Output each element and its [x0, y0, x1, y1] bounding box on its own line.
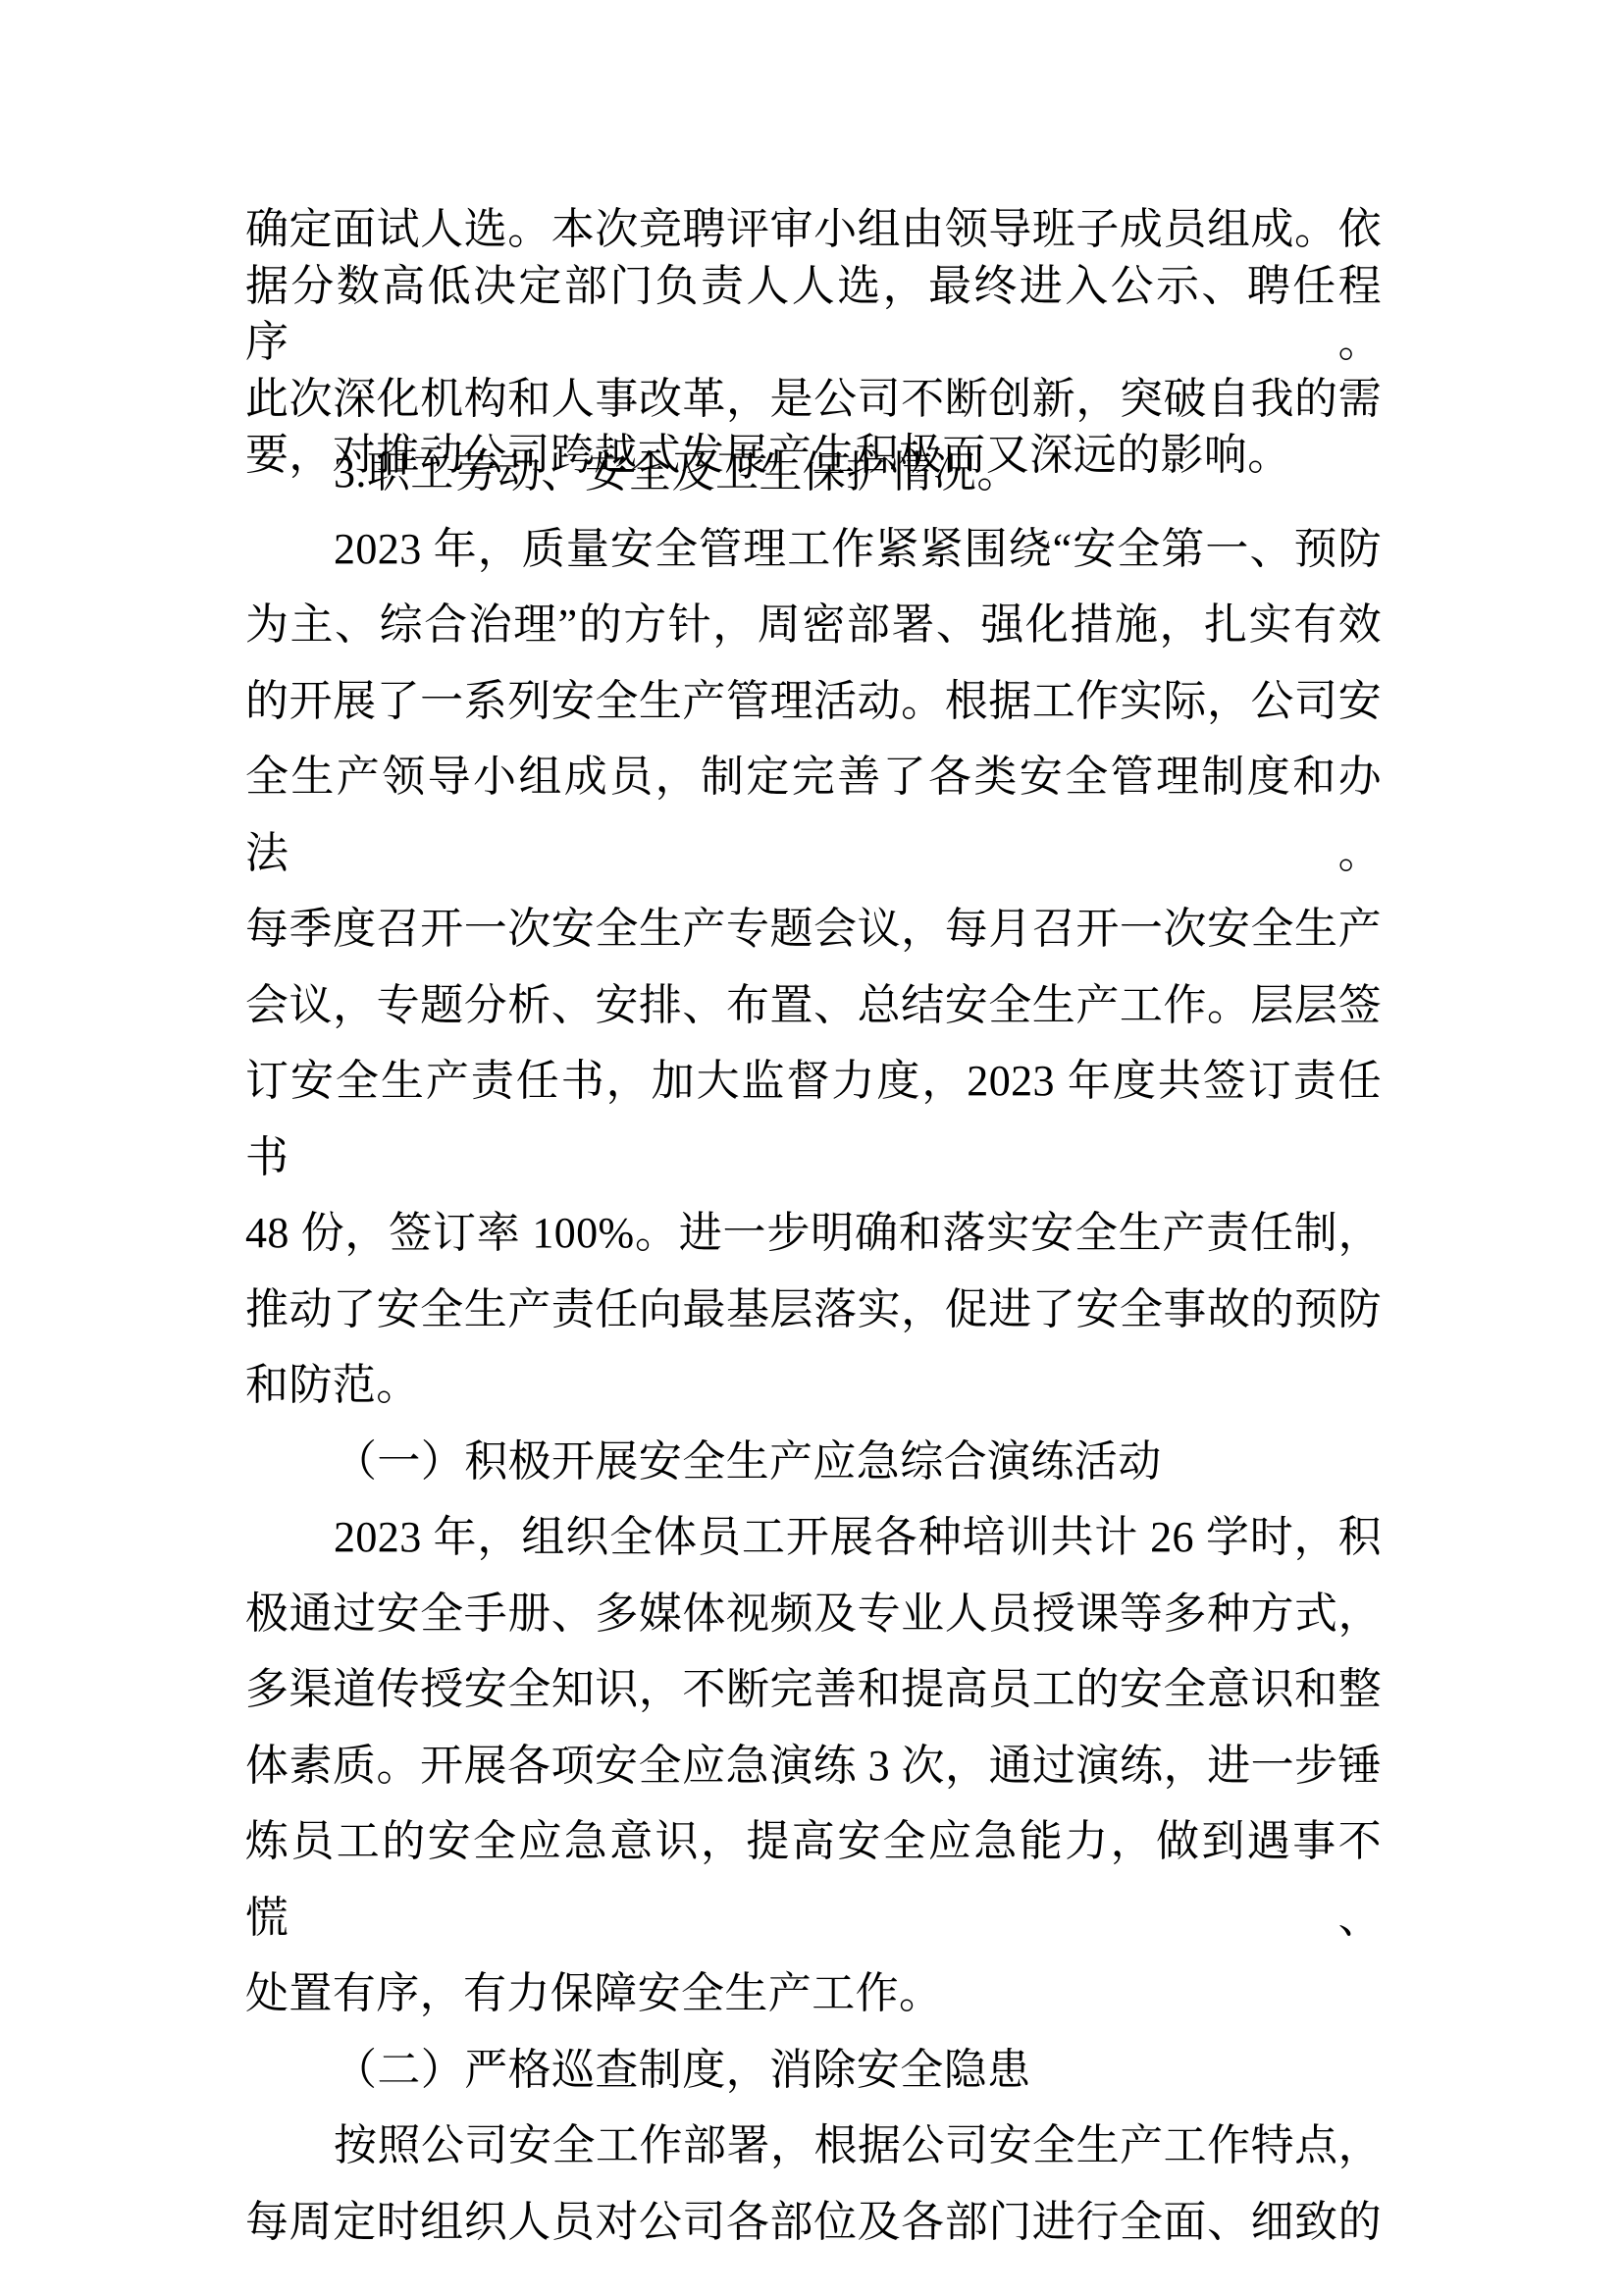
text-line: 按照公司安全工作部署，根据公司安全生产工作特点， — [245, 2108, 1382, 2184]
text-line: 2023 年，质量安全管理工作紧紧围绕“安全第一、预防 — [245, 511, 1382, 588]
text-line: 多渠道传授安全知识，不断完善和提高员工的安全意识和整 — [245, 1651, 1382, 1728]
text-line: 推动了安全生产责任向最基层落实，促进了安全事故的预防 — [245, 1272, 1382, 1348]
text-line: 2023 年，组织全体员工开展各种培训共计 26 学时，积 — [245, 1499, 1382, 1576]
text-line: 为主、综合治理”的方针，周密部署、强化措施，扎实有效 — [245, 587, 1382, 663]
text-line: 会议，专题分析、安排、布置、总结安全生产工作。层层签 — [245, 967, 1382, 1044]
text-line: 订安全生产责任书，加大监督力度，2023 年度共签订责任书 — [245, 1043, 1382, 1195]
text-line: 的开展了一系列安全生产管理活动。根据工作实际，公司安 — [245, 663, 1382, 740]
text-line: 48 份，签订率 100%。进一步明确和落实安全生产责任制， — [245, 1195, 1382, 1272]
text-line: 确定面试人选。本次竞聘评审小组由领导班子成员组成。依 — [245, 201, 1382, 258]
main-text-block: 3.职工劳动、安全及卫生保护情况。 2023 年，质量安全管理工作紧紧围绕“安全… — [245, 435, 1382, 2260]
text-line: 每季度召开一次安全生产专题会议，每月召开一次安全生产 — [245, 891, 1382, 967]
text-line: 此次深化机构和人事改革，是公司不断创新，突破自我的需 — [245, 371, 1382, 428]
text-line: 体素质。开展各项安全应急演练 3 次，通过演练，进一步锤 — [245, 1728, 1382, 1804]
text-line: 据分数高低决定部门负责人人选，最终进入公示、聘任程序。 — [245, 258, 1382, 371]
text-line: 全生产领导小组成员，制定完善了各类安全管理制度和办法。 — [245, 739, 1382, 891]
subsection-heading-1: （一）积极开展安全生产应急综合演练活动 — [245, 1424, 1382, 1500]
text-line: 炼员工的安全应急意识，提高安全应急能力，做到遇事不慌、 — [245, 1803, 1382, 1956]
text-line: 极通过安全手册、多媒体视频及专业人员授课等多种方式， — [245, 1576, 1382, 1652]
text-line: 每周定时组织人员对公司各部位及各部门进行全面、细致的 — [245, 2184, 1382, 2261]
subsection-heading-2: （二）严格巡查制度，消除安全隐患 — [245, 2032, 1382, 2109]
text-line: 和防范。 — [245, 1347, 1382, 1424]
text-line: 处置有序，有力保障安全生产工作。 — [245, 1956, 1382, 2032]
document-page: 确定面试人选。本次竞聘评审小组由领导班子成员组成。依 据分数高低决定部门负责人人… — [0, 0, 1624, 2295]
section-heading: 3.职工劳动、安全及卫生保护情况。 — [245, 435, 1382, 511]
